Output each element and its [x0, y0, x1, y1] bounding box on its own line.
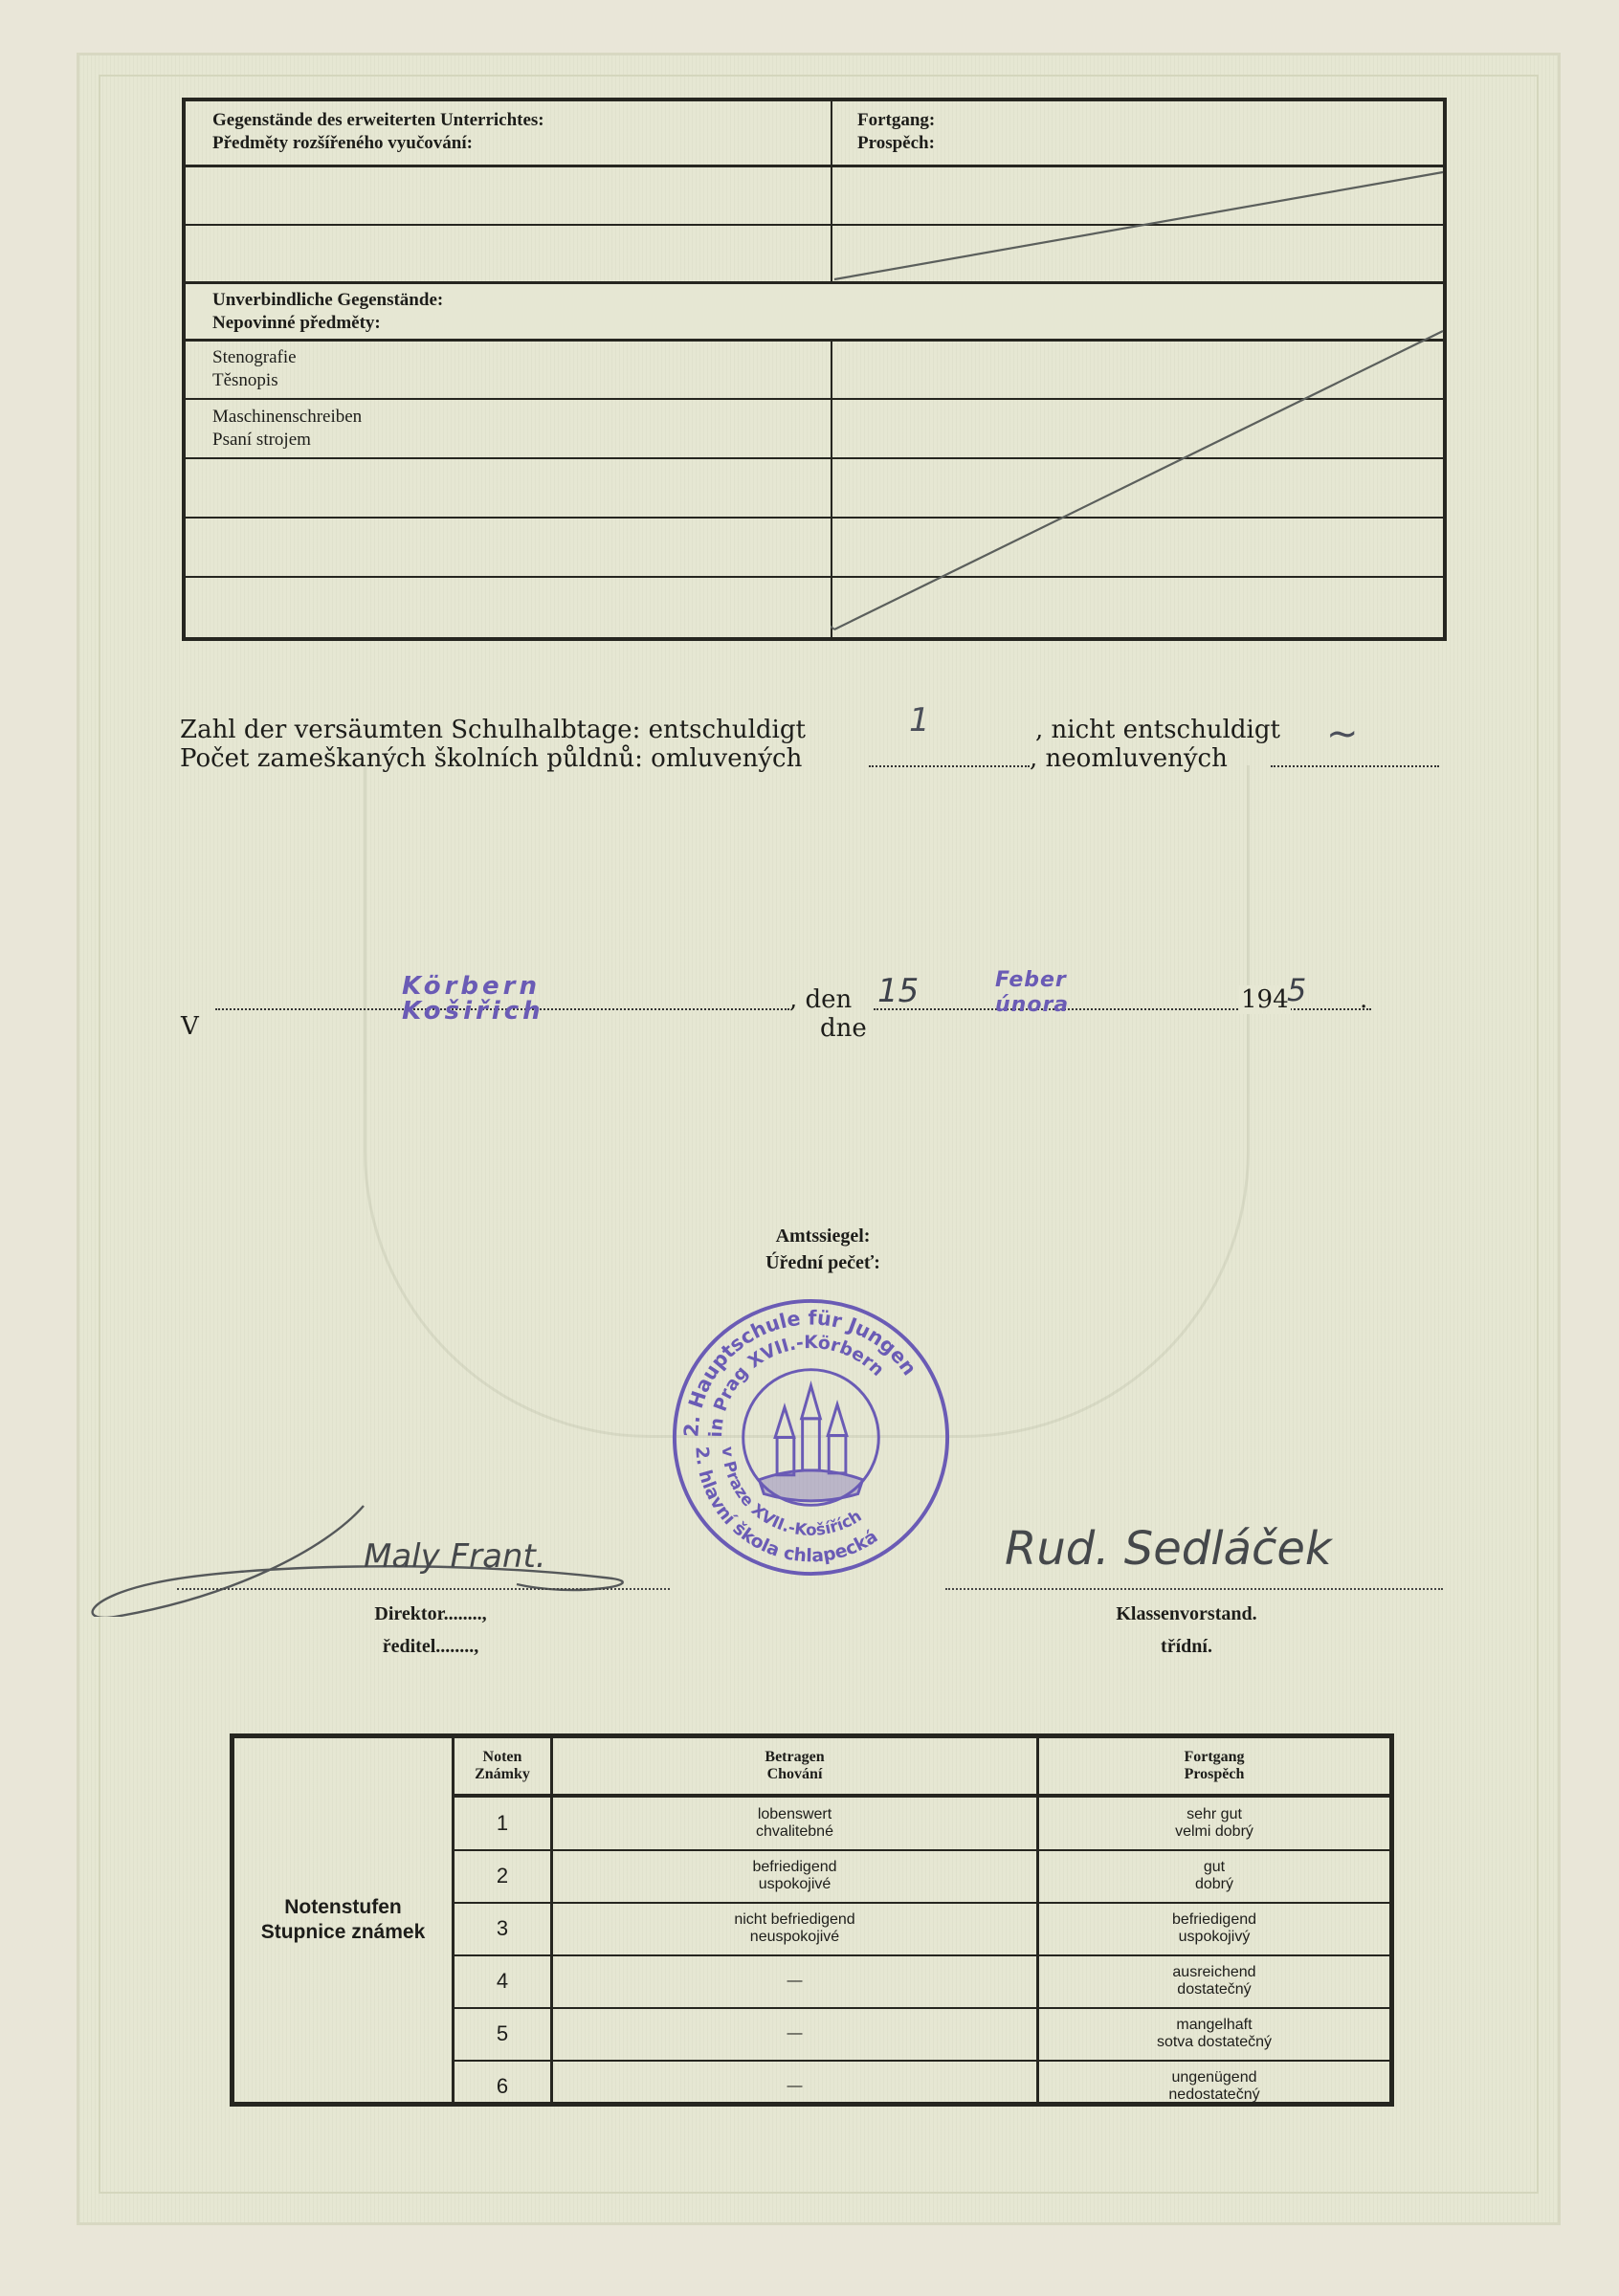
row-divider: [186, 398, 1443, 400]
year-suffix: .: [1360, 985, 1367, 1014]
castle-towers-icon: [759, 1385, 862, 1500]
progress-description: sehr gutvelmi dobrý: [1039, 1797, 1389, 1849]
grade-number: 2: [455, 1849, 550, 1902]
date-label-de: , den: [789, 985, 852, 1014]
year-prefix: 194: [1239, 985, 1291, 1014]
subject-name-cs: Psaní strojem: [212, 429, 362, 452]
optional-subject-stenography: Stenografie Těsnopis: [212, 346, 297, 392]
svg-text:2. hlavní škola chlapecká: 2. hlavní škola chlapecká: [691, 1446, 881, 1566]
subjects-table: Gegenstände des erweiterten Unterrichtes…: [182, 98, 1447, 641]
director-caption-de: Direktor........,: [287, 1598, 574, 1630]
table-header: NotenZnámky: [455, 1738, 550, 1794]
optional-subjects-header-cs: Nepovinné předměty:: [212, 312, 443, 335]
progress-header-de: Fortgang:: [857, 109, 935, 132]
pencil-strike-lines: [831, 101, 1447, 637]
month-stamp-cs: února: [995, 993, 1069, 1017]
not-excused-count: ~: [1326, 719, 1359, 748]
class-teacher-signature-line[interactable]: [945, 1588, 1443, 1590]
official-school-seal: 2. Hauptschule für Jungen in Prag XVII.-…: [670, 1296, 952, 1578]
absence-label-cs: Počet zameškaných školních půldnů: omluv…: [180, 744, 802, 773]
place-date-section: V Körbern Košiřich , den dne 15 Feber ún…: [158, 976, 1364, 1052]
absence-line-de: Zahl der versäumten Schulhalbtage: entsc…: [180, 716, 1472, 744]
extended-subjects-header: Gegenstände des erweiterten Unterrichtes…: [212, 109, 544, 155]
extended-subjects-header-cs: Předměty rozšířeného vyučování:: [212, 132, 544, 155]
not-excused-label-cs: , neomluvených: [1030, 744, 1228, 773]
row-divider: [186, 517, 1443, 519]
row-divider: [186, 224, 1443, 226]
row-divider: [186, 339, 1443, 342]
grading-scale-table: Notenstufen Stupnice známek NotenZnámkyB…: [230, 1733, 1394, 2107]
director-signature-text: Maly Frant.: [364, 1537, 546, 1576]
year-handwritten: 5: [1287, 972, 1306, 1008]
grading-scale-title-cs: Stupnice známek: [261, 1920, 426, 1945]
excused-count: 1: [909, 706, 930, 735]
date-label-cs: dne: [820, 1014, 867, 1043]
absence-label-de: Zahl der versäumten Schulhalbtage: entsc…: [180, 716, 806, 744]
subject-name-cs: Těsnopis: [212, 369, 297, 392]
class-teacher-caption-de: Klassenvorstand.: [1043, 1598, 1330, 1630]
grade-number: 6: [455, 2060, 550, 2112]
not-excused-label-de: , nicht entschuldigt: [1035, 716, 1280, 744]
class-teacher-signature-text: Rud. Sedláček: [1005, 1522, 1334, 1576]
grading-scale-title-de: Notenstufen: [284, 1895, 402, 1920]
progress-description: befriedigenduspokojivý: [1039, 1902, 1389, 1954]
table-header: FortgangProspěch: [1039, 1738, 1389, 1794]
absence-line-cs: Počet zameškaných školních půldnů: omluv…: [180, 744, 1472, 773]
class-teacher-caption-cs: třídní.: [1043, 1630, 1330, 1663]
conduct-description: —: [553, 2060, 1036, 2112]
progress-description: ungenügendnedostatečný: [1039, 2060, 1389, 2112]
progress-header-cs: Prospěch:: [857, 132, 935, 155]
row-divider: [186, 165, 1443, 167]
grade-number: 1: [455, 1797, 550, 1849]
grade-number: 5: [455, 2007, 550, 2060]
optional-subject-typing: Maschinenschreiben Psaní strojem: [212, 406, 362, 452]
seal-label-cs: Úřední pečeť:: [727, 1249, 919, 1276]
progress-description: ausreichenddostatečný: [1039, 1954, 1389, 2007]
absence-section: Zahl der versäumten Schulhalbtage: entsc…: [180, 716, 1472, 773]
progress-header: Fortgang: Prospěch:: [857, 109, 935, 155]
table-header: BetragenChování: [553, 1738, 1036, 1794]
conduct-description: —: [553, 2007, 1036, 2060]
optional-subjects-header: Unverbindliche Gegenstände: Nepovinné př…: [212, 289, 443, 335]
director-signature-line[interactable]: [177, 1588, 670, 1590]
place-stamp-cs: Košiřich: [402, 997, 544, 1026]
progress-description: mangelhaftsotva dostatečný: [1039, 2007, 1389, 2060]
optional-header-band-right: [831, 284, 1443, 340]
class-teacher-signature: Rud. Sedláček: [995, 1488, 1435, 1583]
seal-label-de: Amtssiegel:: [727, 1223, 919, 1249]
class-teacher-caption: Klassenvorstand. třídní.: [1043, 1598, 1330, 1663]
column-divider: [831, 101, 832, 637]
conduct-description: nicht befriedigendneuspokojivé: [553, 1902, 1036, 1954]
conduct-description: —: [553, 1954, 1036, 2007]
subject-name-de: Stenografie: [212, 346, 297, 369]
day-handwritten: 15: [877, 972, 919, 1010]
optional-subjects-header-de: Unverbindliche Gegenstände:: [212, 289, 443, 312]
subject-name-de: Maschinenschreiben: [212, 406, 362, 429]
row-divider: [186, 576, 1443, 578]
place-prefix: V: [181, 1012, 199, 1041]
conduct-description: lobenswertchvalitebné: [553, 1797, 1036, 1849]
grade-number: 4: [455, 1954, 550, 2007]
progress-description: gutdobrý: [1039, 1849, 1389, 1902]
conduct-description: befriedigenduspokojivé: [553, 1849, 1036, 1902]
seal-label: Amtssiegel: Úřední pečeť:: [727, 1223, 919, 1276]
seal-outer-text-bottom: 2. hlavní škola chlapecká: [691, 1446, 881, 1566]
grade-number: 3: [455, 1902, 550, 1954]
row-divider: [186, 457, 1443, 459]
grading-scale-title: Notenstufen Stupnice známek: [234, 1738, 452, 2102]
director-caption: Direktor........, ředitel........,: [287, 1598, 574, 1663]
director-caption-cs: ředitel........,: [287, 1630, 574, 1663]
extended-subjects-header-de: Gegenstände des erweiterten Unterrichtes…: [212, 109, 544, 132]
month-stamp-de: Feber: [995, 968, 1067, 992]
excused-field[interactable]: [869, 744, 1030, 767]
